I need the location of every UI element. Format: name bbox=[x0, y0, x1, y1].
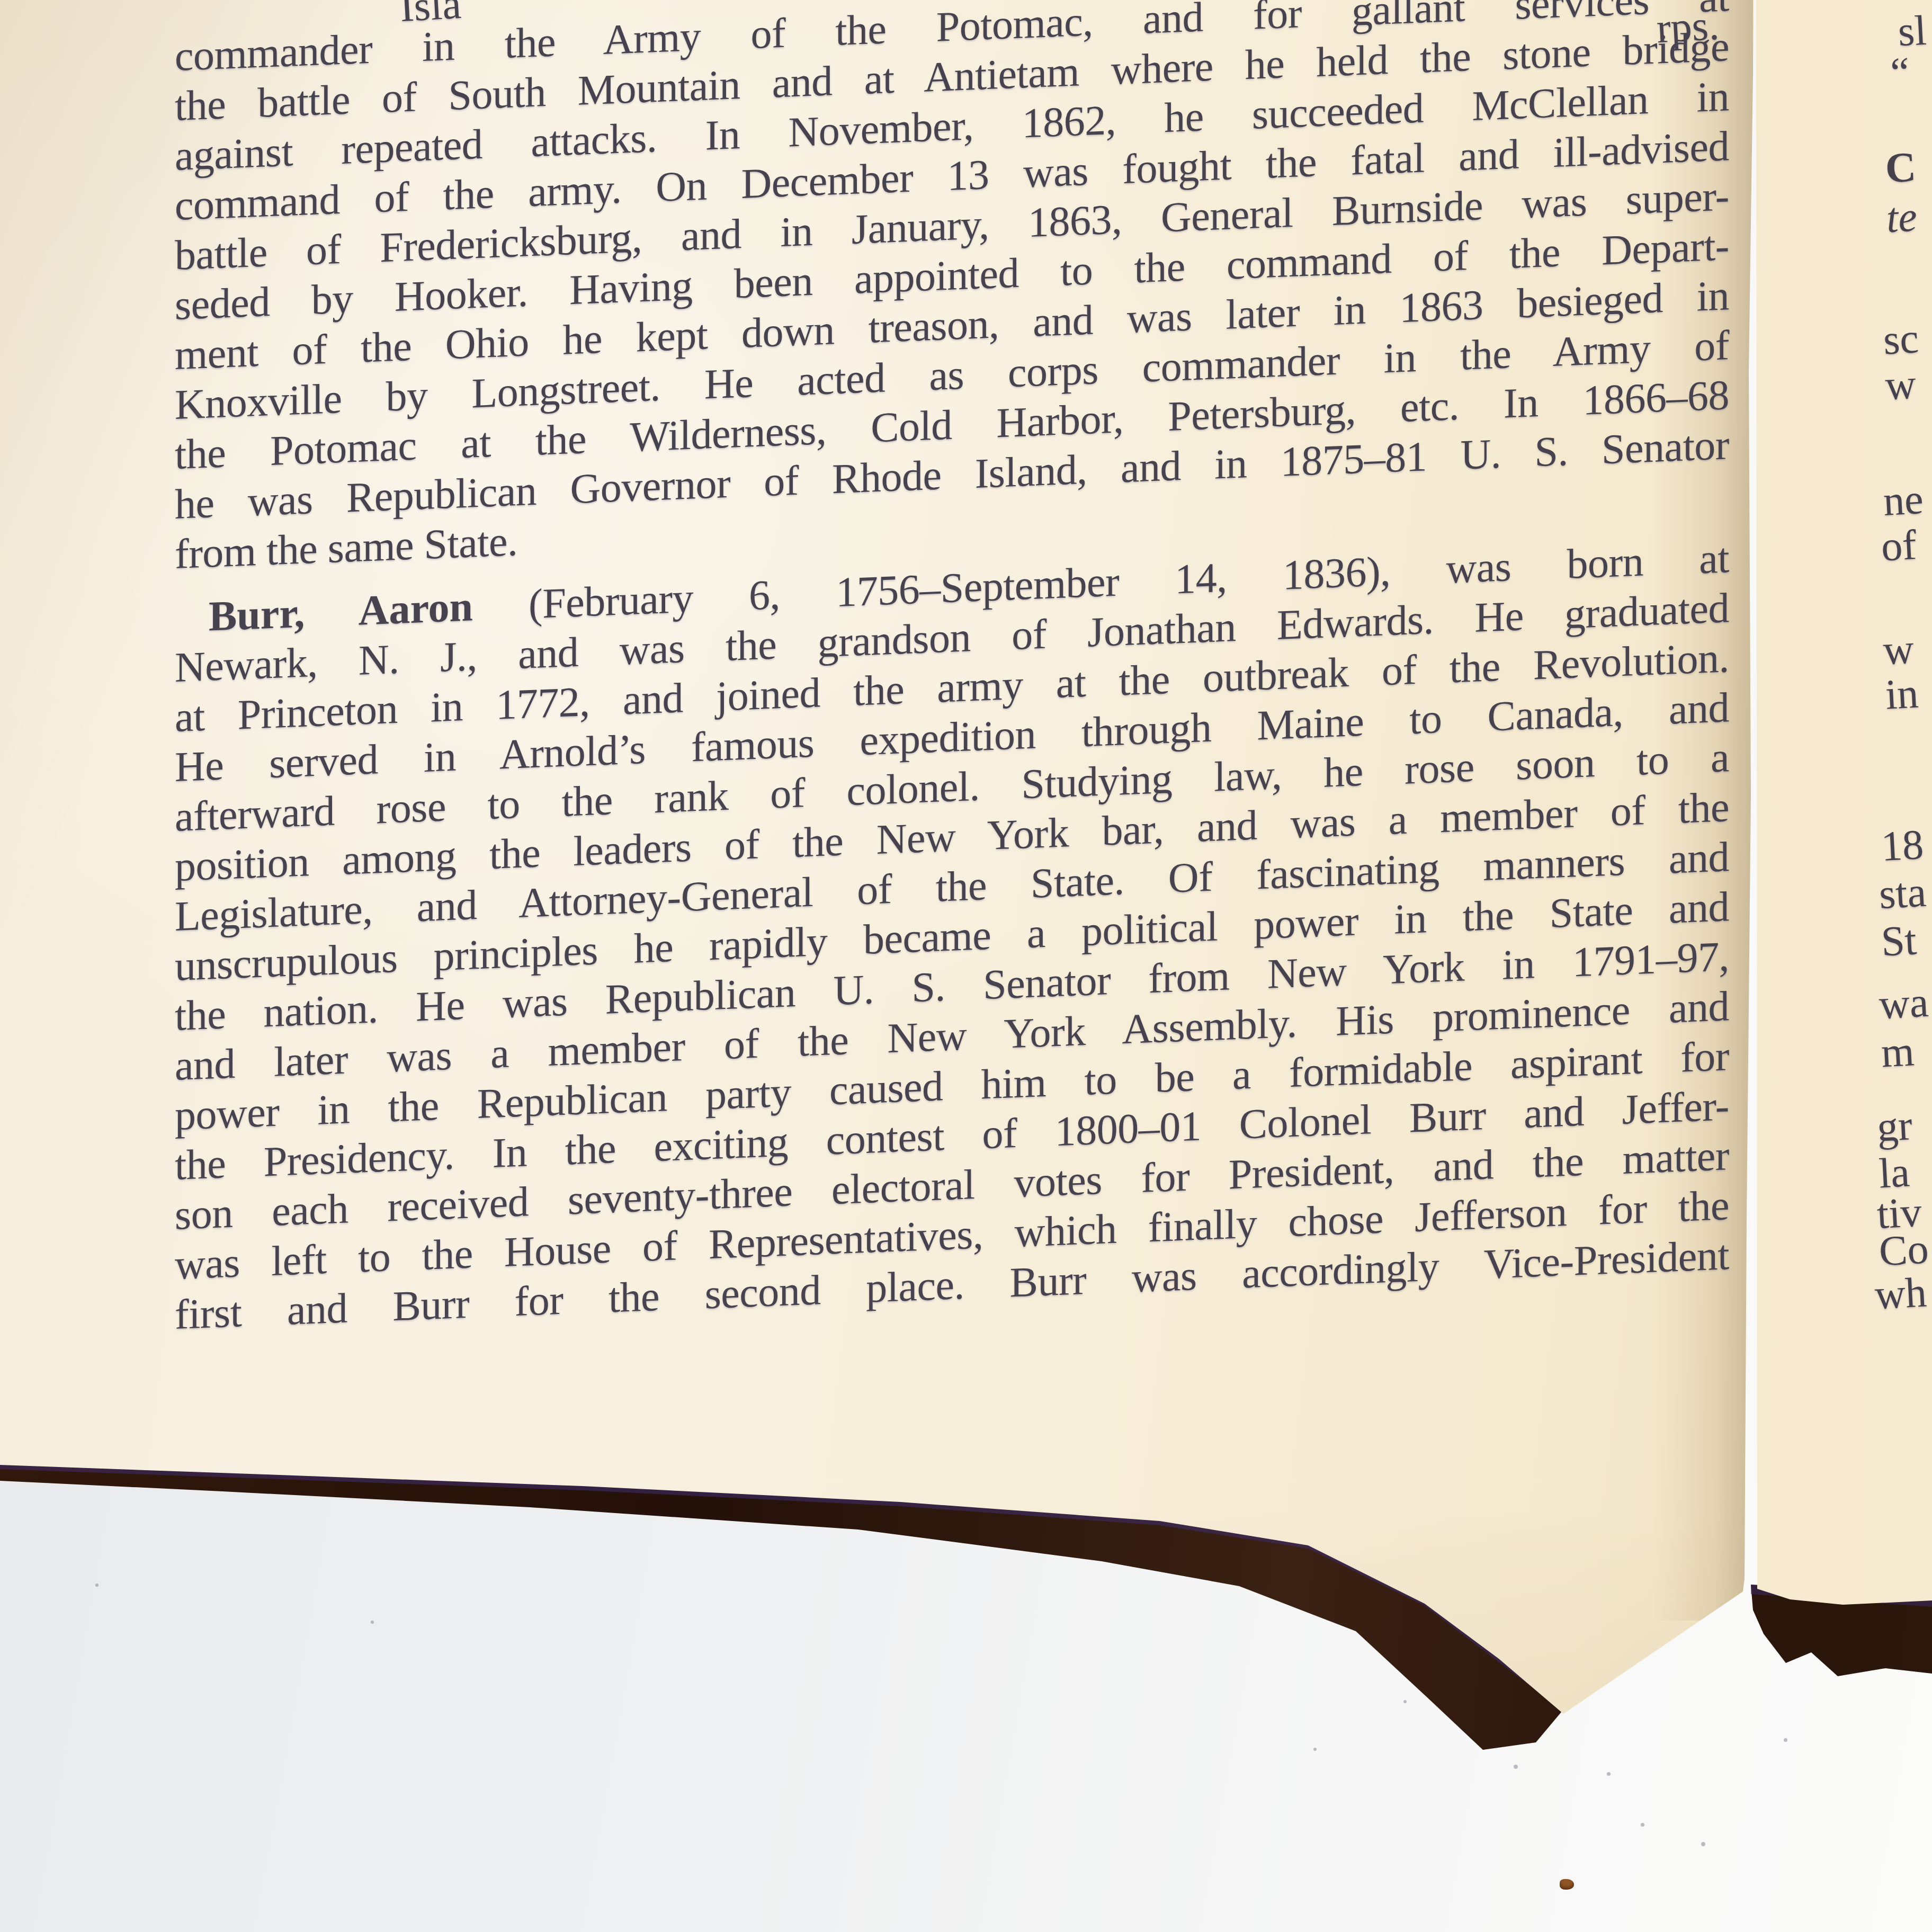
right-page-line-fragment: m bbox=[1880, 1027, 1916, 1077]
dust-speck bbox=[1701, 1842, 1705, 1846]
right-page-line-fragment: te bbox=[1885, 193, 1918, 243]
dust-speck bbox=[95, 1584, 99, 1587]
right-page-line-fragment: “ bbox=[1890, 48, 1911, 97]
right-page-line-fragment: gr bbox=[1876, 1102, 1913, 1151]
dust-speck bbox=[1514, 1765, 1518, 1769]
right-page-line-fragment: wa bbox=[1878, 979, 1930, 1030]
dust-speck bbox=[1641, 1823, 1644, 1827]
right-page-line-fragment: ne bbox=[1882, 476, 1925, 526]
left-page: Isla rps. commander in the Army of the P… bbox=[0, 0, 1932, 1932]
burnside-paragraph: commander in the Army of the Potomac, an… bbox=[175, 0, 1729, 579]
right-page-line-fragment: of bbox=[1880, 521, 1918, 571]
dust-speck bbox=[1313, 1748, 1317, 1751]
burr-paragraph: Burr, Aaron (February 6, 1756–September … bbox=[175, 533, 1729, 1340]
dust-speck bbox=[1784, 1738, 1787, 1742]
right-page-line-fragment: 18 bbox=[1880, 821, 1925, 871]
dust-speck bbox=[1607, 1772, 1611, 1776]
right-page-line-fragment: St bbox=[1880, 916, 1918, 966]
right-page-line-fragment: wh bbox=[1874, 1269, 1928, 1320]
page-text-block: commander in the Army of the Potomac, an… bbox=[175, 0, 1729, 1340]
open-book-photo: sl“Ctescwneofwin18staStwamgrlativCowh Is… bbox=[0, 0, 1932, 1932]
right-page-line-fragment: in bbox=[1884, 669, 1920, 719]
leather-crumb bbox=[1560, 1879, 1574, 1890]
right-page-line-fragment: w bbox=[1882, 625, 1915, 675]
dust-speck bbox=[371, 1621, 374, 1624]
right-page-line-fragment: w bbox=[1884, 361, 1917, 410]
dust-speck bbox=[1403, 1700, 1407, 1703]
right-page-line-fragment: sta bbox=[1878, 869, 1928, 919]
entry-name-bold: Burr, Aaron bbox=[209, 583, 473, 640]
right-page-line-fragment: sc bbox=[1882, 315, 1920, 364]
right-page-line-fragment: C bbox=[1884, 144, 1917, 193]
